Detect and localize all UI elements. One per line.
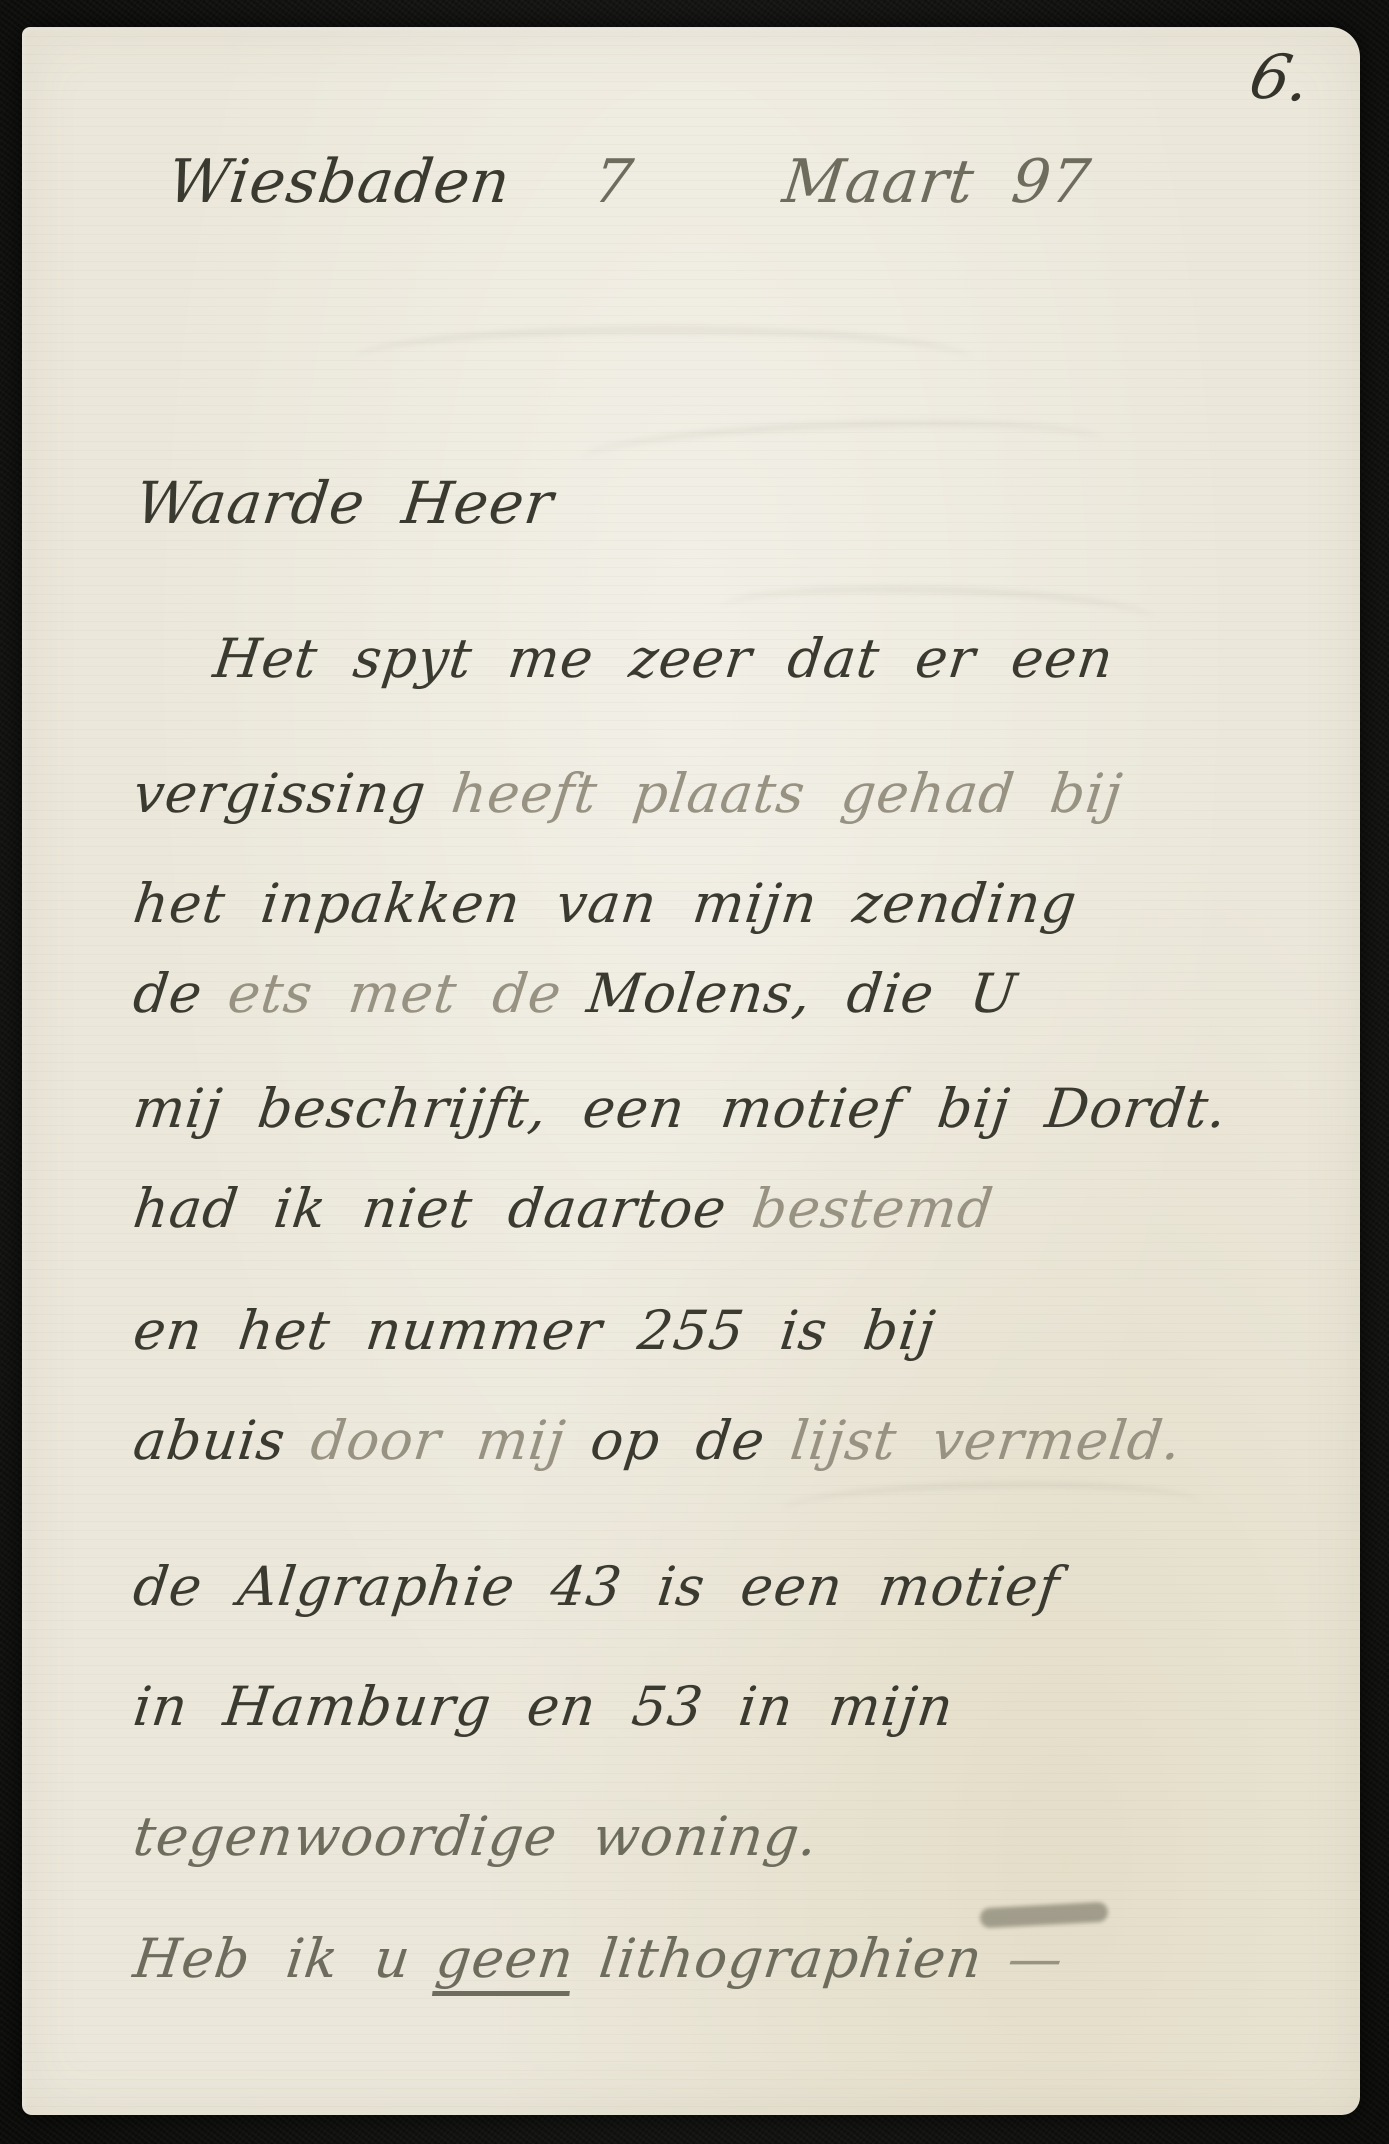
handwriting-segment: 7	[590, 147, 788, 217]
page-number: 6.	[1243, 39, 1318, 116]
handwriting-segment: bestemd	[749, 1177, 1023, 1240]
scan-background: 6. Wiesbaden7Maart 97 Waarde Heer Het sp…	[0, 0, 1389, 2144]
handwriting-segment: lijst vermeld.	[787, 1409, 1211, 1472]
handwriting-segment: tegenwoordige woning.	[130, 1805, 848, 1868]
letter-line: en het nummer 255 is bij	[130, 1299, 965, 1362]
letter-line: Heb ik ugeenlithographien—	[130, 1927, 1093, 1990]
handwriting-segment: mij beschrijft, een motief bij Dordt.	[130, 1077, 1257, 1140]
handwriting-segment: Wiesbaden	[164, 147, 598, 217]
letter-line: vergissingheeft plaats gehad bij	[130, 762, 1152, 825]
handwriting-segment: en het nummer 255 is bij	[130, 1299, 965, 1362]
handwriting-segment: had ik niet daartoe	[130, 1177, 756, 1240]
handwriting-segment: heeft plaats gehad bij	[448, 762, 1152, 825]
handwriting-segment: het inpakken van mijn zending	[130, 872, 1107, 935]
letter-line: Het spyt me zeer dat er een	[210, 627, 1143, 690]
handwriting-segment: Maart 97	[779, 147, 1121, 217]
handwriting-segment: abuis	[130, 1409, 315, 1472]
letter-line: abuisdoor mijop delijst vermeld.	[130, 1409, 1211, 1472]
handwriting-segment: Waarde Heer	[132, 469, 584, 537]
letter-line: het inpakken van mijn zending	[130, 872, 1107, 935]
ink-smudge	[980, 1902, 1109, 1929]
handwriting-segment: —	[1004, 1927, 1093, 1990]
handwriting-segment: lithographien	[596, 1927, 1012, 1990]
letter-line: mij beschrijft, een motief bij Dordt.	[130, 1077, 1257, 1140]
handwriting-segment: op de	[587, 1409, 795, 1472]
letter-line: de Algraphie 43 is een motief	[130, 1555, 1090, 1618]
bleed-through-ghost	[352, 327, 972, 393]
handwriting-segment: geen	[433, 1927, 604, 1990]
handwriting-segment: de Algraphie 43 is een motief	[130, 1555, 1090, 1618]
bleed-through-ghost	[782, 1478, 1203, 1535]
handwriting-segment: in Hamburg en 53 in mijn	[130, 1675, 983, 1738]
handwriting-segment: vergissing	[130, 762, 456, 825]
salutation: Waarde Heer	[132, 469, 584, 537]
letter-line: in Hamburg en 53 in mijn	[130, 1675, 983, 1738]
handwriting-segment: Het spyt me zeer dat er een	[210, 627, 1143, 690]
handwriting-segment: Molens, die U	[584, 962, 1047, 1025]
handwriting-segment: de	[130, 962, 232, 1025]
handwriting-segment: ets met de	[225, 962, 592, 1025]
bleed-through-ghost	[581, 413, 1103, 487]
letter-line: deets met deMolens, die U	[130, 962, 1047, 1025]
handwriting-segment: Heb ik u	[130, 1927, 440, 1990]
letter-line: tegenwoordige woning.	[130, 1805, 848, 1868]
dateline: Wiesbaden7Maart 97	[164, 147, 1121, 217]
letter-page: 6. Wiesbaden7Maart 97 Waarde Heer Het sp…	[22, 27, 1360, 2115]
letter-line: had ik niet daartoebestemd	[130, 1177, 1023, 1240]
handwriting-segment: door mij	[308, 1409, 596, 1472]
